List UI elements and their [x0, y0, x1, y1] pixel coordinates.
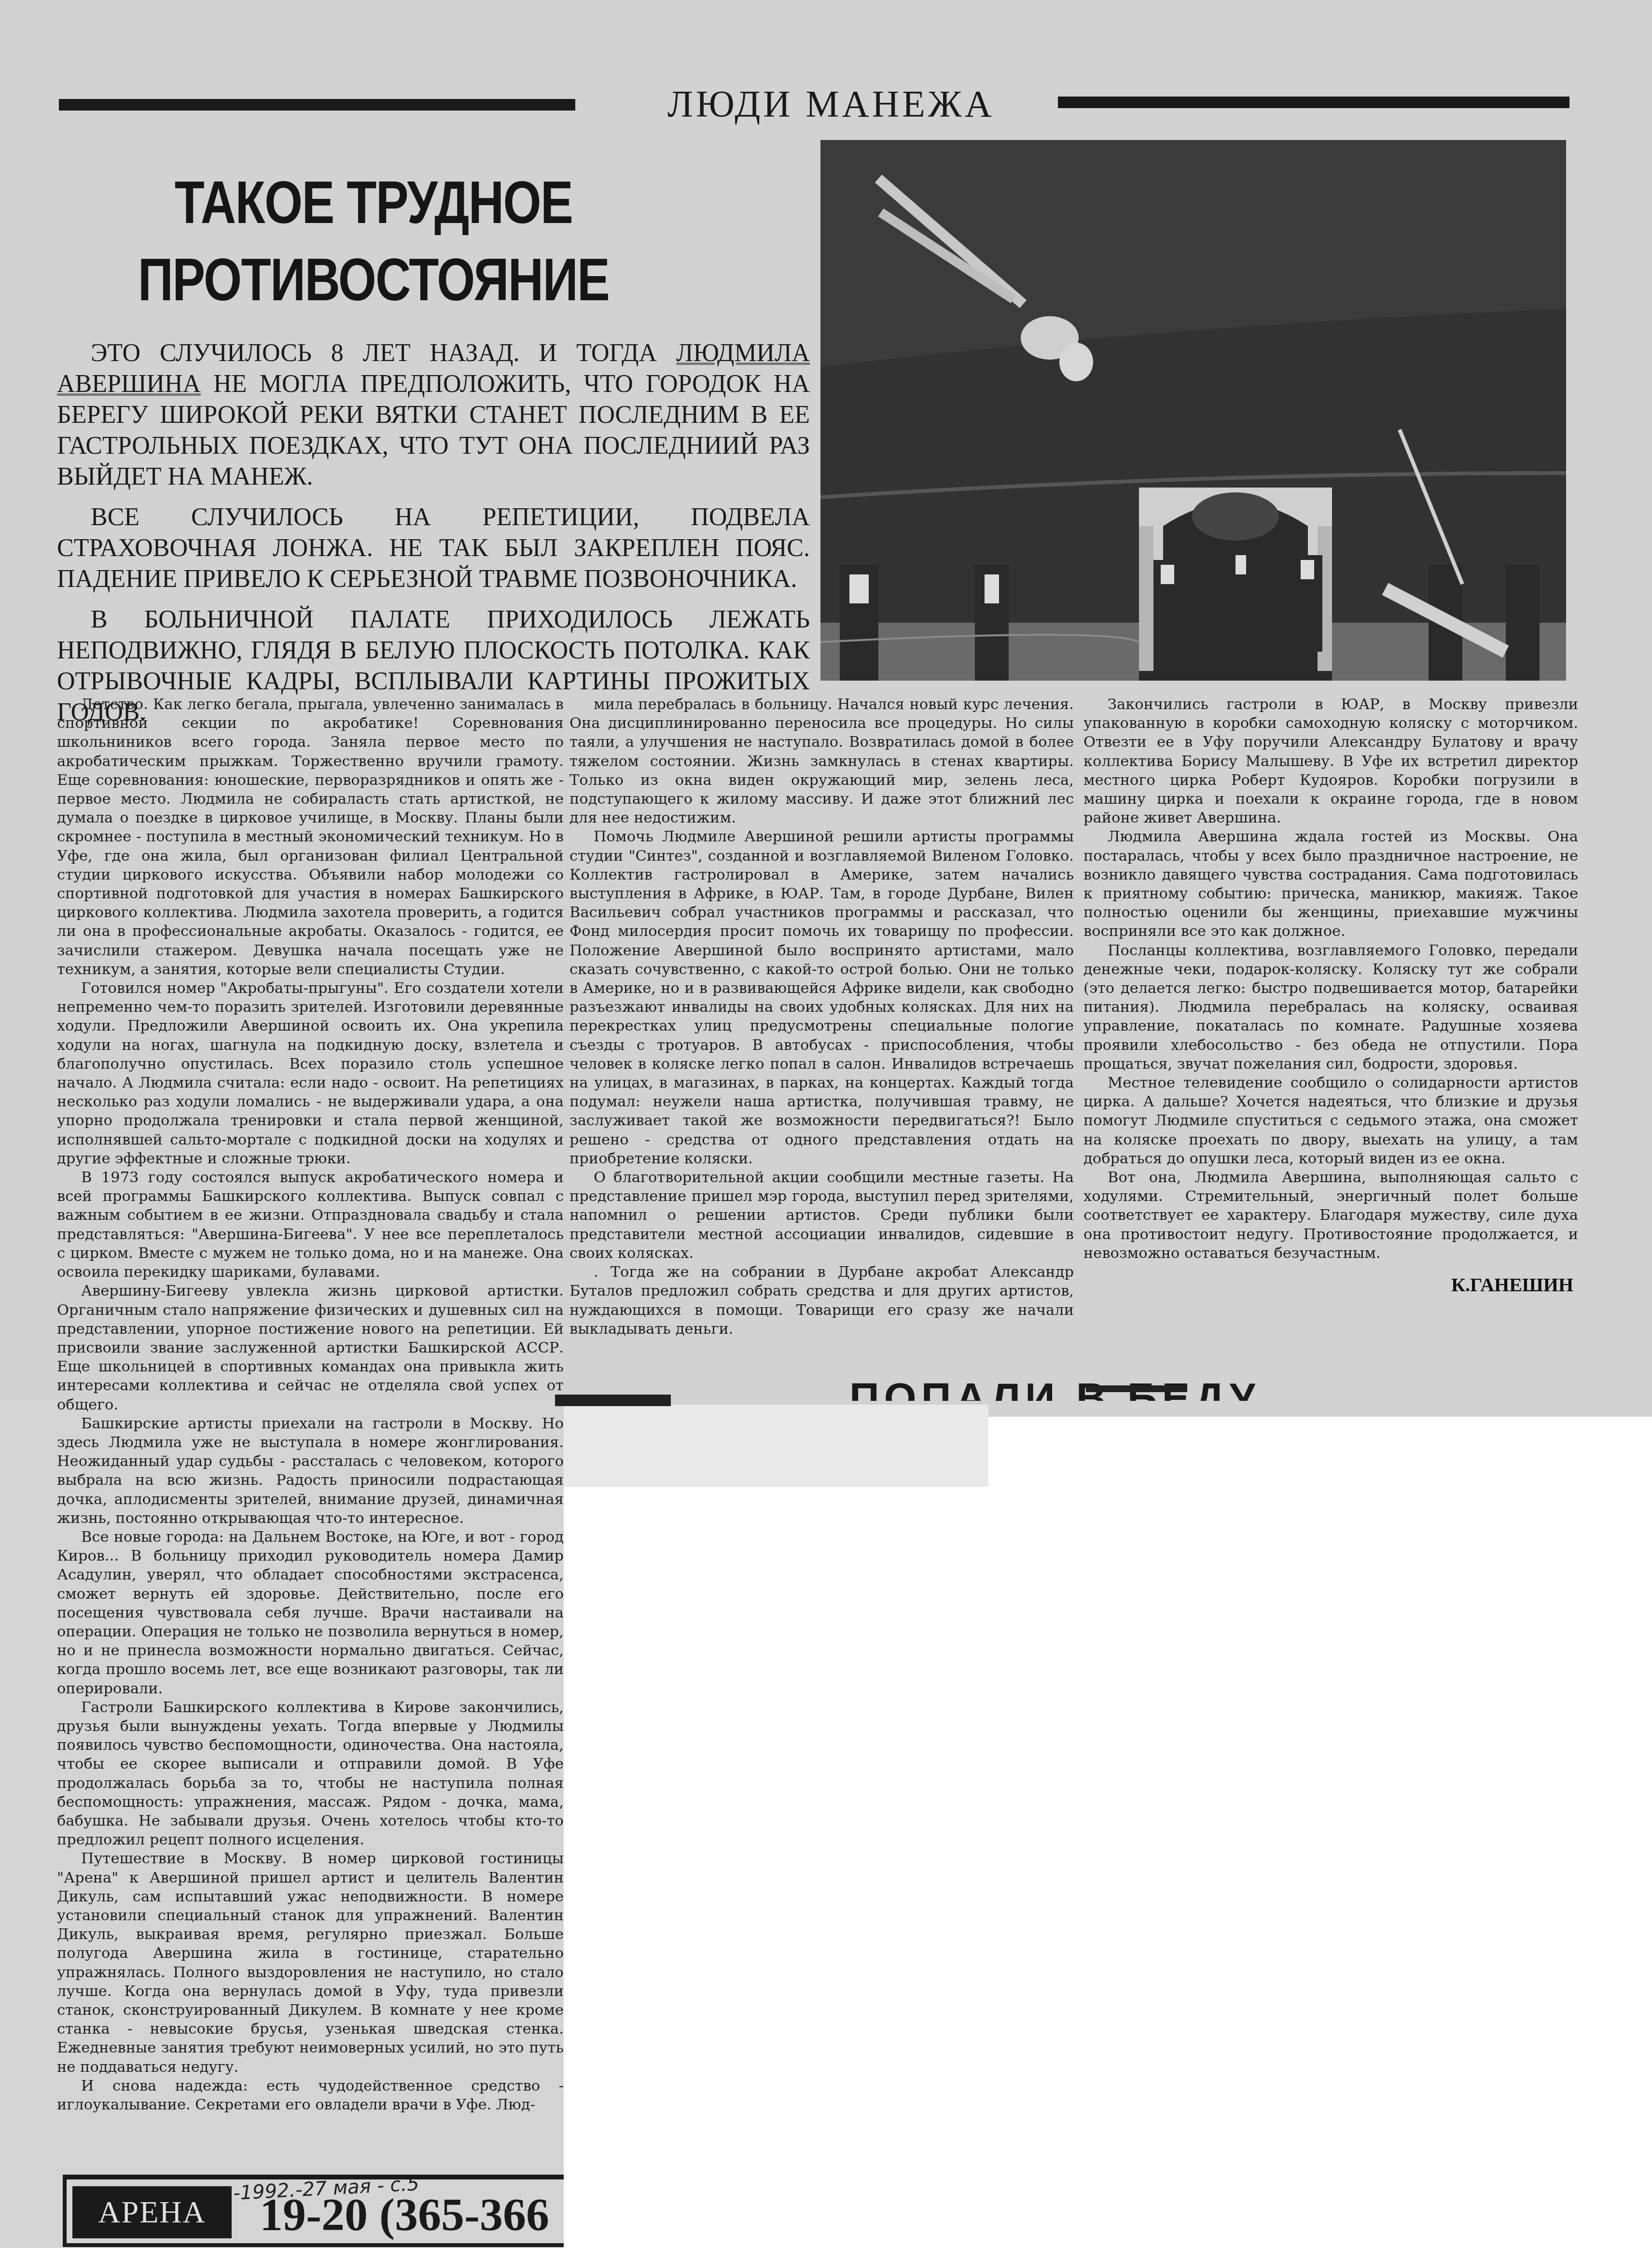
next-article-rule-right — [1086, 1385, 1187, 1392]
body-paragraph: мила перебралась в больницу. Начался нов… — [569, 695, 1074, 827]
body-paragraph: Посланцы коллектива, возглавляемого Голо… — [1083, 941, 1578, 1074]
author-byline: К.ГАНЕШИН — [1303, 1273, 1573, 1296]
lead-paragraph: Это случилось 8 лет назад. И тогда Людми… — [57, 338, 810, 492]
next-article-rule-left — [555, 1395, 671, 1406]
next-article-headline-partial: ПОПАЛИ В БЕДУ — [849, 1374, 1260, 1401]
section-rule-right — [1058, 97, 1569, 108]
newspaper-footer: АРЕНА -1992.-27 мая - с.5 19-20 (365-366 — [63, 2175, 564, 2247]
issue-number: 19-20 (365-366 — [260, 2188, 549, 2241]
body-paragraph: Авершину-Бигееву увлекла жизнь цирковой … — [57, 1282, 564, 1414]
headline-line-1: ТАКОЕ ТРУДНОЕ — [97, 164, 651, 241]
torn-paper-fragment — [564, 1405, 988, 1487]
body-paragraph: Все новые города: на Дальнем Востоке, на… — [57, 1528, 564, 1698]
body-paragraph: Людмила Авершина ждала гостей из Москвы.… — [1083, 827, 1578, 941]
body-paragraph: В 1973 году состоялся выпуск акробатичес… — [57, 1168, 564, 1282]
article-column-2: мила перебралась в больницу. Начался нов… — [569, 695, 1074, 1339]
article-column-1: Детство. Как легко бегала, прыгала, увле… — [57, 695, 564, 2114]
body-paragraph: Закончились гастроли в ЮАР, в Москву при… — [1083, 695, 1578, 827]
lead-text: Это случилось 8 лет назад. И тогда — [91, 339, 676, 367]
body-paragraph: . Тогда же на собрании в Дурбане акробат… — [569, 1263, 1074, 1339]
body-paragraph: Вот она, Людмила Авершина, выполняющая с… — [1083, 1168, 1578, 1263]
article-headline: ТАКОЕ ТРУДНОЕ ПРОТИВОСТОЯНИЕ — [97, 164, 651, 319]
section-header: ЛЮДИ МАНЕЖА — [59, 82, 1569, 121]
body-paragraph: Путешествие в Москву. В номер цирковой г… — [57, 1849, 564, 2076]
body-paragraph: Готовился номер "Акробаты-прыгуны". Его … — [57, 979, 564, 1168]
body-paragraph: Башкирские артисты приехали на гастроли … — [57, 1414, 564, 1528]
arena-logo: АРЕНА — [72, 2186, 232, 2238]
body-paragraph: О благотворительной акции сообщили местн… — [569, 1168, 1074, 1263]
article-photo — [820, 140, 1566, 681]
article-lead: Это случилось 8 лет назад. И тогда Людми… — [57, 338, 810, 738]
body-paragraph: Местное телевидение сообщило о солидарно… — [1083, 1074, 1578, 1168]
section-label: ЛЮДИ МАНЕЖА — [624, 82, 1039, 126]
body-paragraph: Гастроли Башкирского коллектива в Кирове… — [57, 1698, 564, 1850]
headline-line-2: ПРОТИВОСТОЯНИЕ — [97, 241, 651, 319]
body-paragraph: И снова надежда: есть чудодейственное ср… — [57, 2077, 564, 2114]
circus-photo-icon — [820, 140, 1566, 681]
article-column-3: Закончились гастроли в ЮАР, в Москву при… — [1083, 695, 1578, 1263]
body-paragraph: Детство. Как легко бегала, прыгала, увле… — [57, 695, 564, 979]
body-paragraph: Помочь Людмиле Авершиной решили артисты … — [569, 827, 1074, 1168]
section-rule-left — [59, 99, 575, 111]
lead-paragraph: Все случилось на репетиции, подвела стра… — [57, 502, 810, 595]
